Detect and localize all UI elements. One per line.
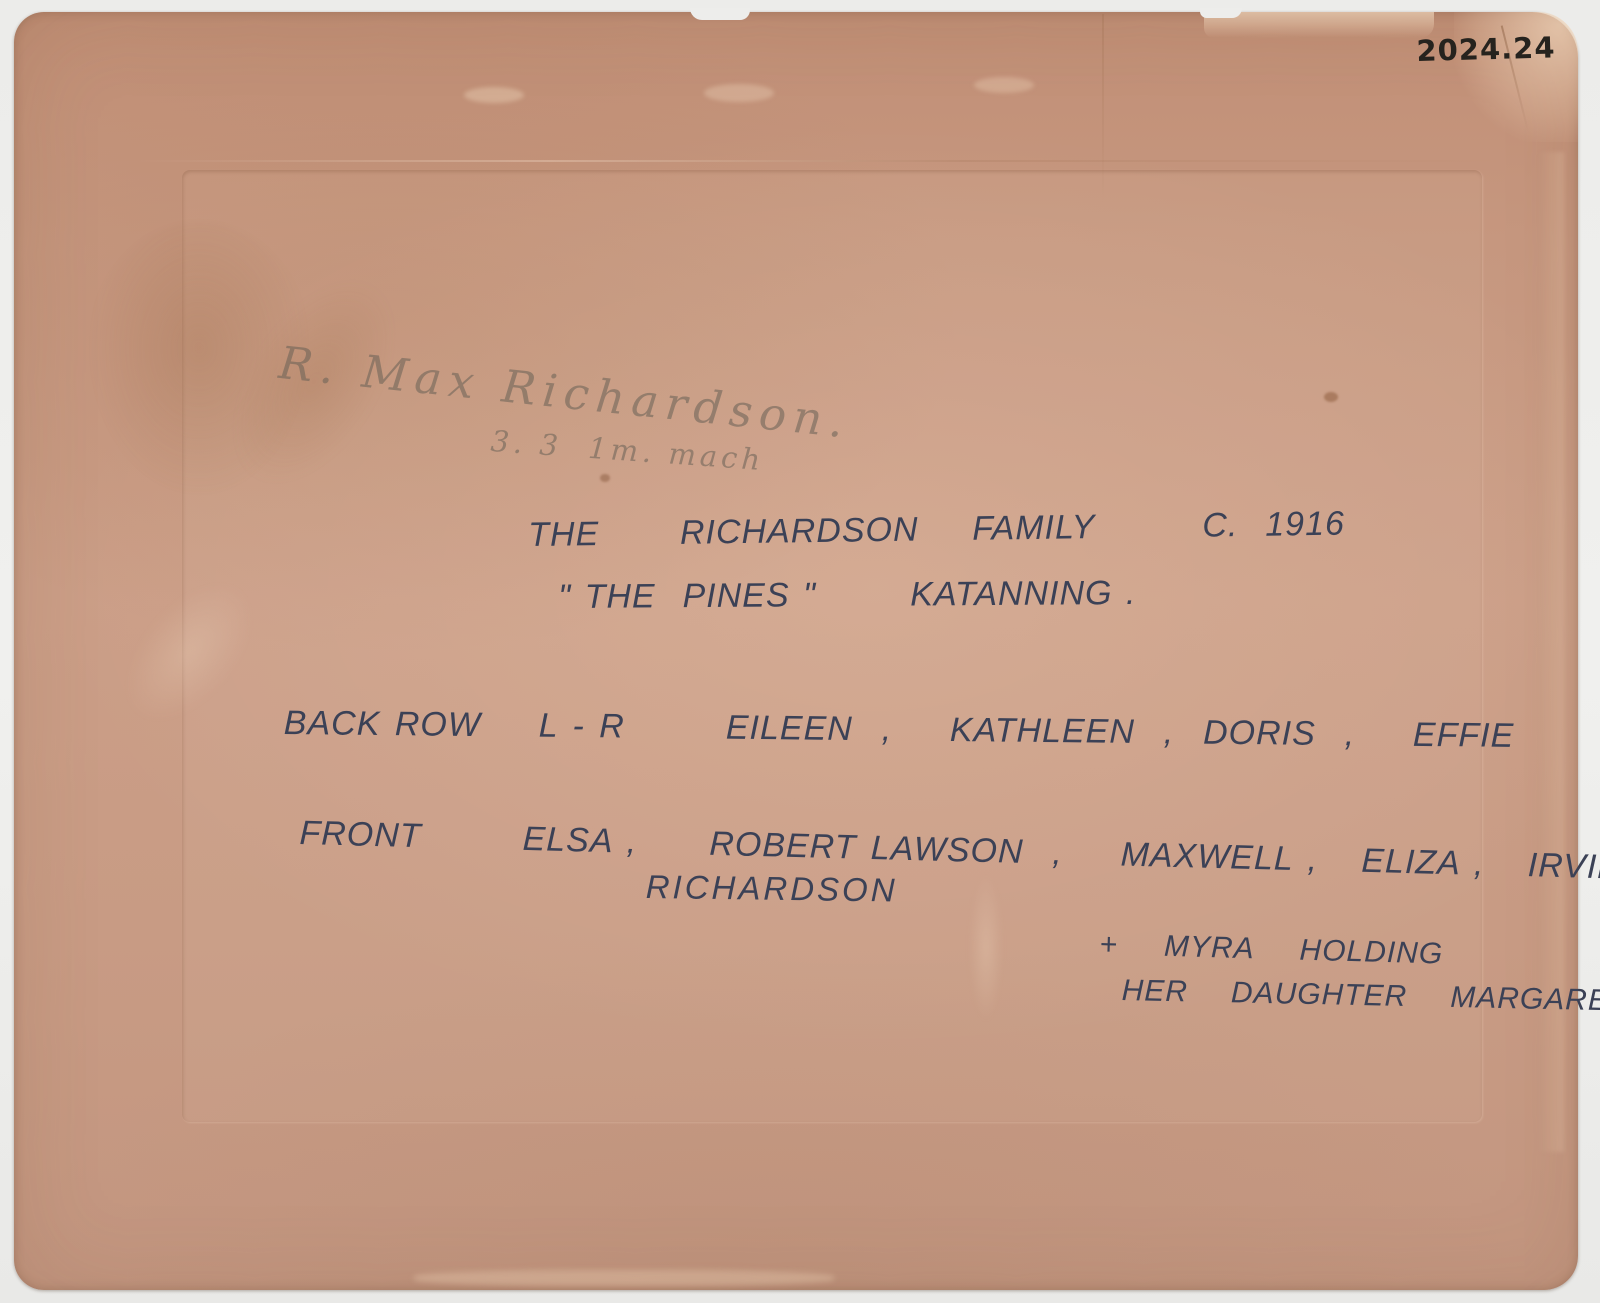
abrasion-spot [704,84,774,102]
edge-wear-bottom [414,1270,834,1286]
abrasion-spot [974,77,1034,93]
accession-number: 2024.24 [1416,30,1556,68]
edge-nick [690,8,750,20]
photo-card-back: 2024.24 R. Max Richardson. 3. 3 1m. mach… [14,12,1578,1290]
scan-background: 2024.24 R. Max Richardson. 3. 3 1m. mach… [0,0,1600,1303]
caption-front-row-surname: RICHARDSON [645,868,897,910]
edge-wear-top [1204,12,1434,38]
edge-nick [1200,8,1242,18]
crease-line [134,160,1514,162]
caption-title-line2: " THE PINES " KATANNING . [558,574,1137,617]
abrasion-spot [464,87,524,103]
